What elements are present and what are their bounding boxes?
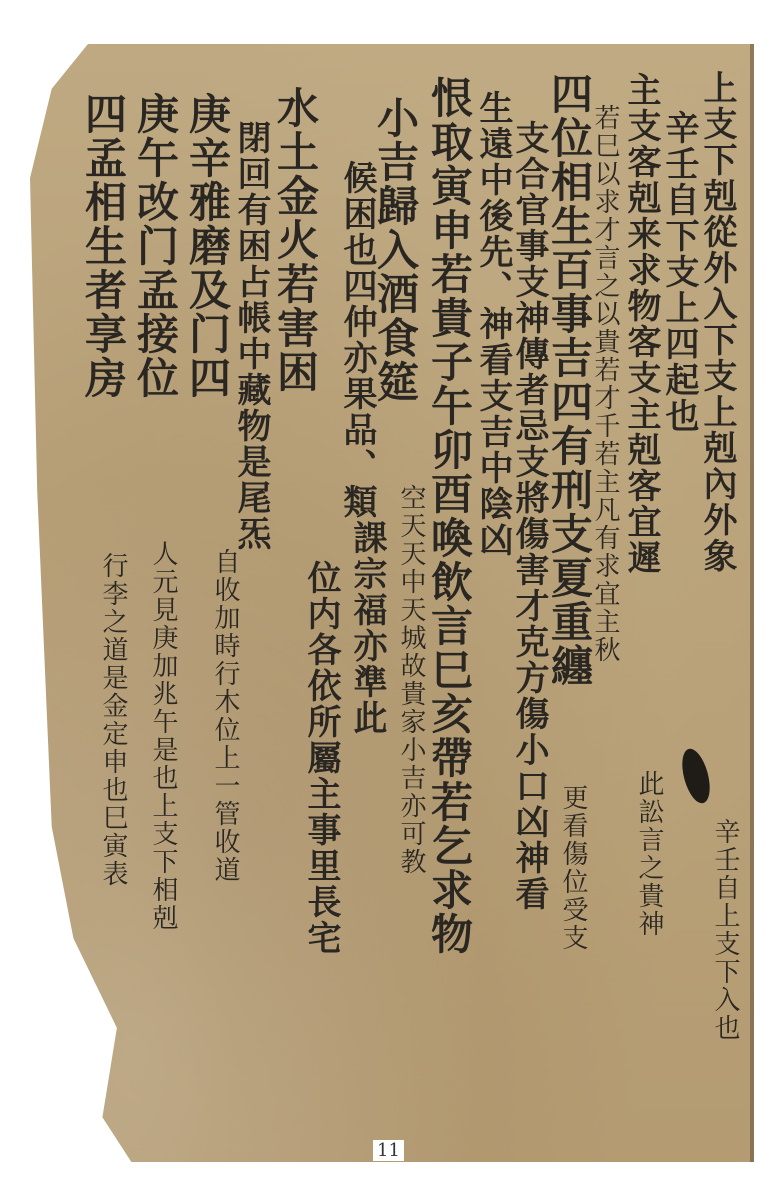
text-column: 小吉歸入酒食筵 (374, 96, 416, 404)
text-column: 課宗福亦準此 (350, 520, 384, 736)
text-column: 支合官事支神傳者忌支將傷害才克方傷小口凶神看 (512, 120, 546, 912)
text-column: 主支客剋来求物客支主剋客宜遲 (624, 72, 658, 576)
binding-edge (750, 44, 754, 1162)
text-column: 更看傷位受支 (560, 784, 586, 952)
text-column: 人元見庚加兆午是也上支下相剋 (150, 540, 176, 932)
text-column: 若巳以求才言之以貴若才千若主凡有求宜主秋 (592, 104, 618, 664)
text-column: 候困也四仲亦果品、類 (340, 160, 374, 520)
page-number: 11 (373, 1140, 404, 1161)
text-column: 庚辛雅磨及门四 (186, 92, 228, 400)
text-column: 自收加時行木位上一管收道 (212, 548, 238, 884)
text-column: 水土金火若害困 (274, 86, 316, 394)
text-column: 位内各依所屬主事里長宅 (304, 560, 338, 956)
text-column: 辛壬自上支下入也 (712, 818, 738, 1042)
text-column: 行李之道是金定申也巳寅表 (100, 552, 126, 888)
text-column: 四位相生百事吉四有刑支夏重纏 (548, 72, 590, 688)
text-column: 閉回有困占帳中藏物是尾炁 (234, 120, 268, 552)
text-column: 此訟言之貴神 (636, 770, 662, 938)
text-column: 空天天中天城故貴家小吉亦可教 (398, 484, 424, 876)
text-column: 生遠中後先、神看支吉中陰凶 (476, 90, 510, 558)
text-column: 辛壬自下支上四起也 (662, 110, 696, 434)
text-column: 恨取寅申若貴子午卯酉喚飲言巳亥帶若乞求物 (428, 76, 470, 956)
text-column: 上支下剋從外入下支上剋內外象 (700, 70, 734, 574)
text-column: 四孟相生者享房 (82, 92, 124, 400)
text-column: 庚午改门孟接位 (134, 92, 176, 400)
